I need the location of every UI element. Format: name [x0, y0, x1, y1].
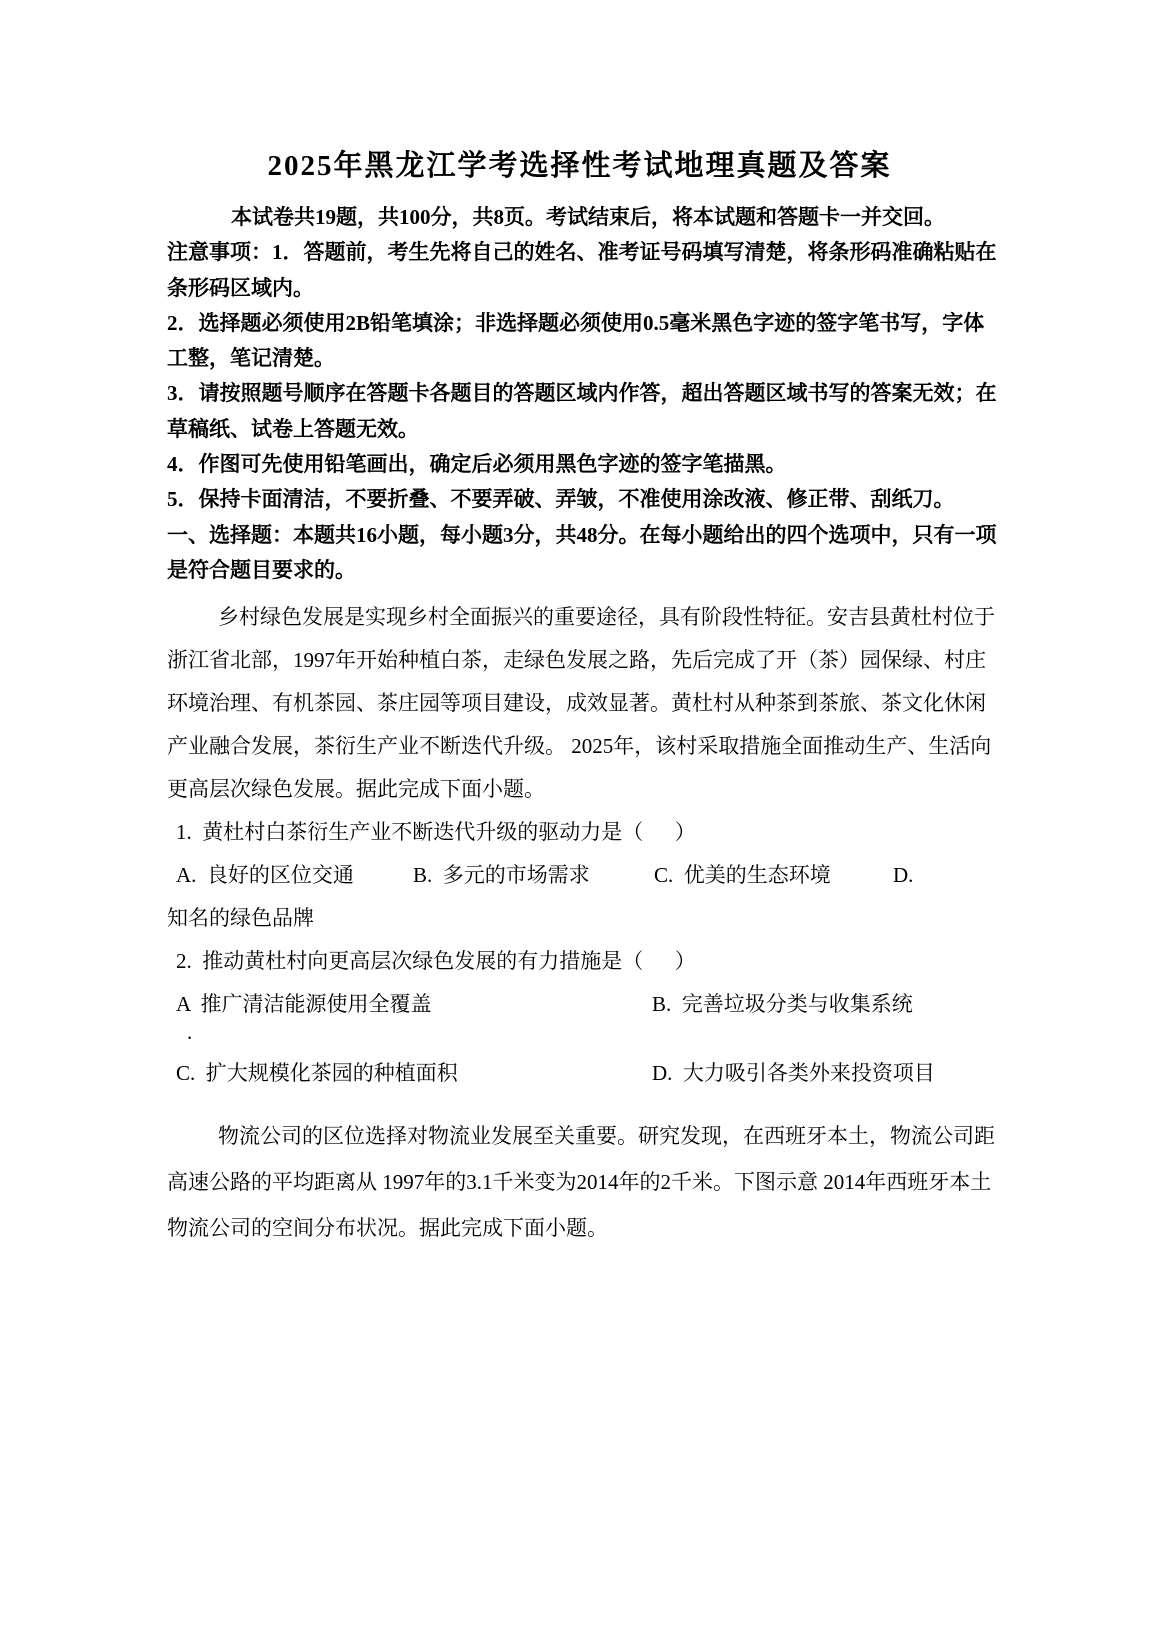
passage2-line-2: 高速公路的平均距离从 1997年的3.1千米变为2014年的2千米。下图示意 2…: [167, 1159, 992, 1205]
passage2-line-1: 物流公司的区位选择对物流业发展至关重要。研究发现，在西班牙本土，物流公司距: [167, 1113, 992, 1159]
question-1-option-b: B. 多元的市场需求: [413, 854, 654, 897]
passage1-line-5: 更高层次绿色发展。据此完成下面小题。: [167, 768, 992, 811]
question-1: 1. 黄杜村白茶衍生产业不断迭代升级的驱动力是（ ） A. 良好的区位交通 B.…: [167, 811, 992, 940]
question-2-option-d: D. 大力吸引各类外来投资项目: [652, 1052, 935, 1095]
question-1-options-row: A. 良好的区位交通 B. 多元的市场需求 C. 优美的生态环境 D.: [167, 854, 992, 897]
notice-line-item1a: 注意事项：1．答题前，考生先将自己的姓名、准考证号码填写清楚，将条形码准确粘贴在: [167, 235, 992, 270]
question-2-option-a-wrapped-period: .: [167, 1026, 992, 1052]
notice-line-item5: 5．保持卡面清洁，不要折叠、不要弄破、弄皱，不准使用涂改液、修正带、刮纸刀。: [167, 482, 992, 517]
question-2-option-a: A 推广清洁能源使用全覆盖: [176, 983, 652, 1026]
notice-line-item3b: 草稿纸、试卷上答题无效。: [167, 412, 992, 447]
section-one-header-a: 一、选择题：本题共16小题，每小题3分，共48分。在每小题给出的四个选项中，只有…: [167, 518, 992, 553]
section-one-header-b: 是符合题目要求的。: [167, 553, 992, 588]
question-1-option-d-text: 知名的绿色品牌: [167, 897, 992, 940]
notice-line-item4: 4．作图可先使用铅笔画出，确定后必须用黑色字迹的签字笔描黑。: [167, 447, 992, 482]
notice-line-item2a: 2．选择题必须使用2B铅笔填涂；非选择题必须使用0.5毫米黑色字迹的签字笔书写，…: [167, 306, 992, 341]
question-2: 2. 推动黄杜村向更高层次绿色发展的有力措施是（ ） A 推广清洁能源使用全覆盖…: [167, 940, 992, 1095]
question-2-options-row-1: A 推广清洁能源使用全覆盖 B. 完善垃圾分类与收集系统: [167, 983, 992, 1026]
notice-line-item3a: 3．请按照题号顺序在答题卡各题目的答题区域内作答，超出答题区域书写的答案无效；在: [167, 376, 992, 411]
passage1-line-2: 浙江省北部，1997年开始种植白茶，走绿色发展之路，先后完成了开（茶）园保绿、村…: [167, 639, 992, 682]
question-1-option-a: A. 良好的区位交通: [176, 854, 413, 897]
passage1-line-4: 产业融合发展，茶衍生产业不断迭代升级。 2025年，该村采取措施全面推动生产、生…: [167, 725, 992, 768]
exam-notice-section: 本试卷共19题，共100分，共8页。考试结束后，将本试题和答题卡一并交回。 注意…: [167, 200, 992, 588]
question-1-option-c: C. 优美的生态环境: [654, 854, 893, 897]
question-2-stem: 2. 推动黄杜村向更高层次绿色发展的有力措施是（ ）: [167, 940, 992, 983]
passage1-line-1: 乡村绿色发展是实现乡村全面振兴的重要途径，具有阶段性特征。安吉县黄杜村位于: [167, 596, 992, 639]
passage1-line-3: 环境治理、有机茶园、茶庄园等项目建设，成效显著。黄杜村从种茶到茶旅、茶文化休闲: [167, 682, 992, 725]
question-2-option-c: C. 扩大规模化茶园的种植面积: [176, 1052, 652, 1095]
notice-line-item1b: 条形码区域内。: [167, 271, 992, 306]
passage-2: 物流公司的区位选择对物流业发展至关重要。研究发现，在西班牙本土，物流公司距 高速…: [167, 1113, 992, 1251]
question-2-options-row-2: C. 扩大规模化茶园的种植面积 D. 大力吸引各类外来投资项目: [167, 1052, 992, 1095]
question-1-option-d-letter: D.: [893, 854, 913, 897]
page-title: 2025年黑龙江学考选择性考试地理真题及答案: [167, 148, 992, 184]
question-1-stem: 1. 黄杜村白茶衍生产业不断迭代升级的驱动力是（ ）: [167, 811, 992, 854]
passage-1: 乡村绿色发展是实现乡村全面振兴的重要途径，具有阶段性特征。安吉县黄杜村位于 浙江…: [167, 596, 992, 811]
passage2-line-3: 物流公司的空间分布状况。据此完成下面小题。: [167, 1205, 992, 1251]
exam-document-page: 2025年黑龙江学考选择性考试地理真题及答案 本试卷共19题，共100分，共8页…: [0, 0, 1158, 1638]
question-2-option-b: B. 完善垃圾分类与收集系统: [652, 983, 913, 1026]
notice-line-summary: 本试卷共19题，共100分，共8页。考试结束后，将本试题和答题卡一并交回。: [167, 200, 992, 235]
notice-line-item2b: 工整，笔记清楚。: [167, 341, 992, 376]
